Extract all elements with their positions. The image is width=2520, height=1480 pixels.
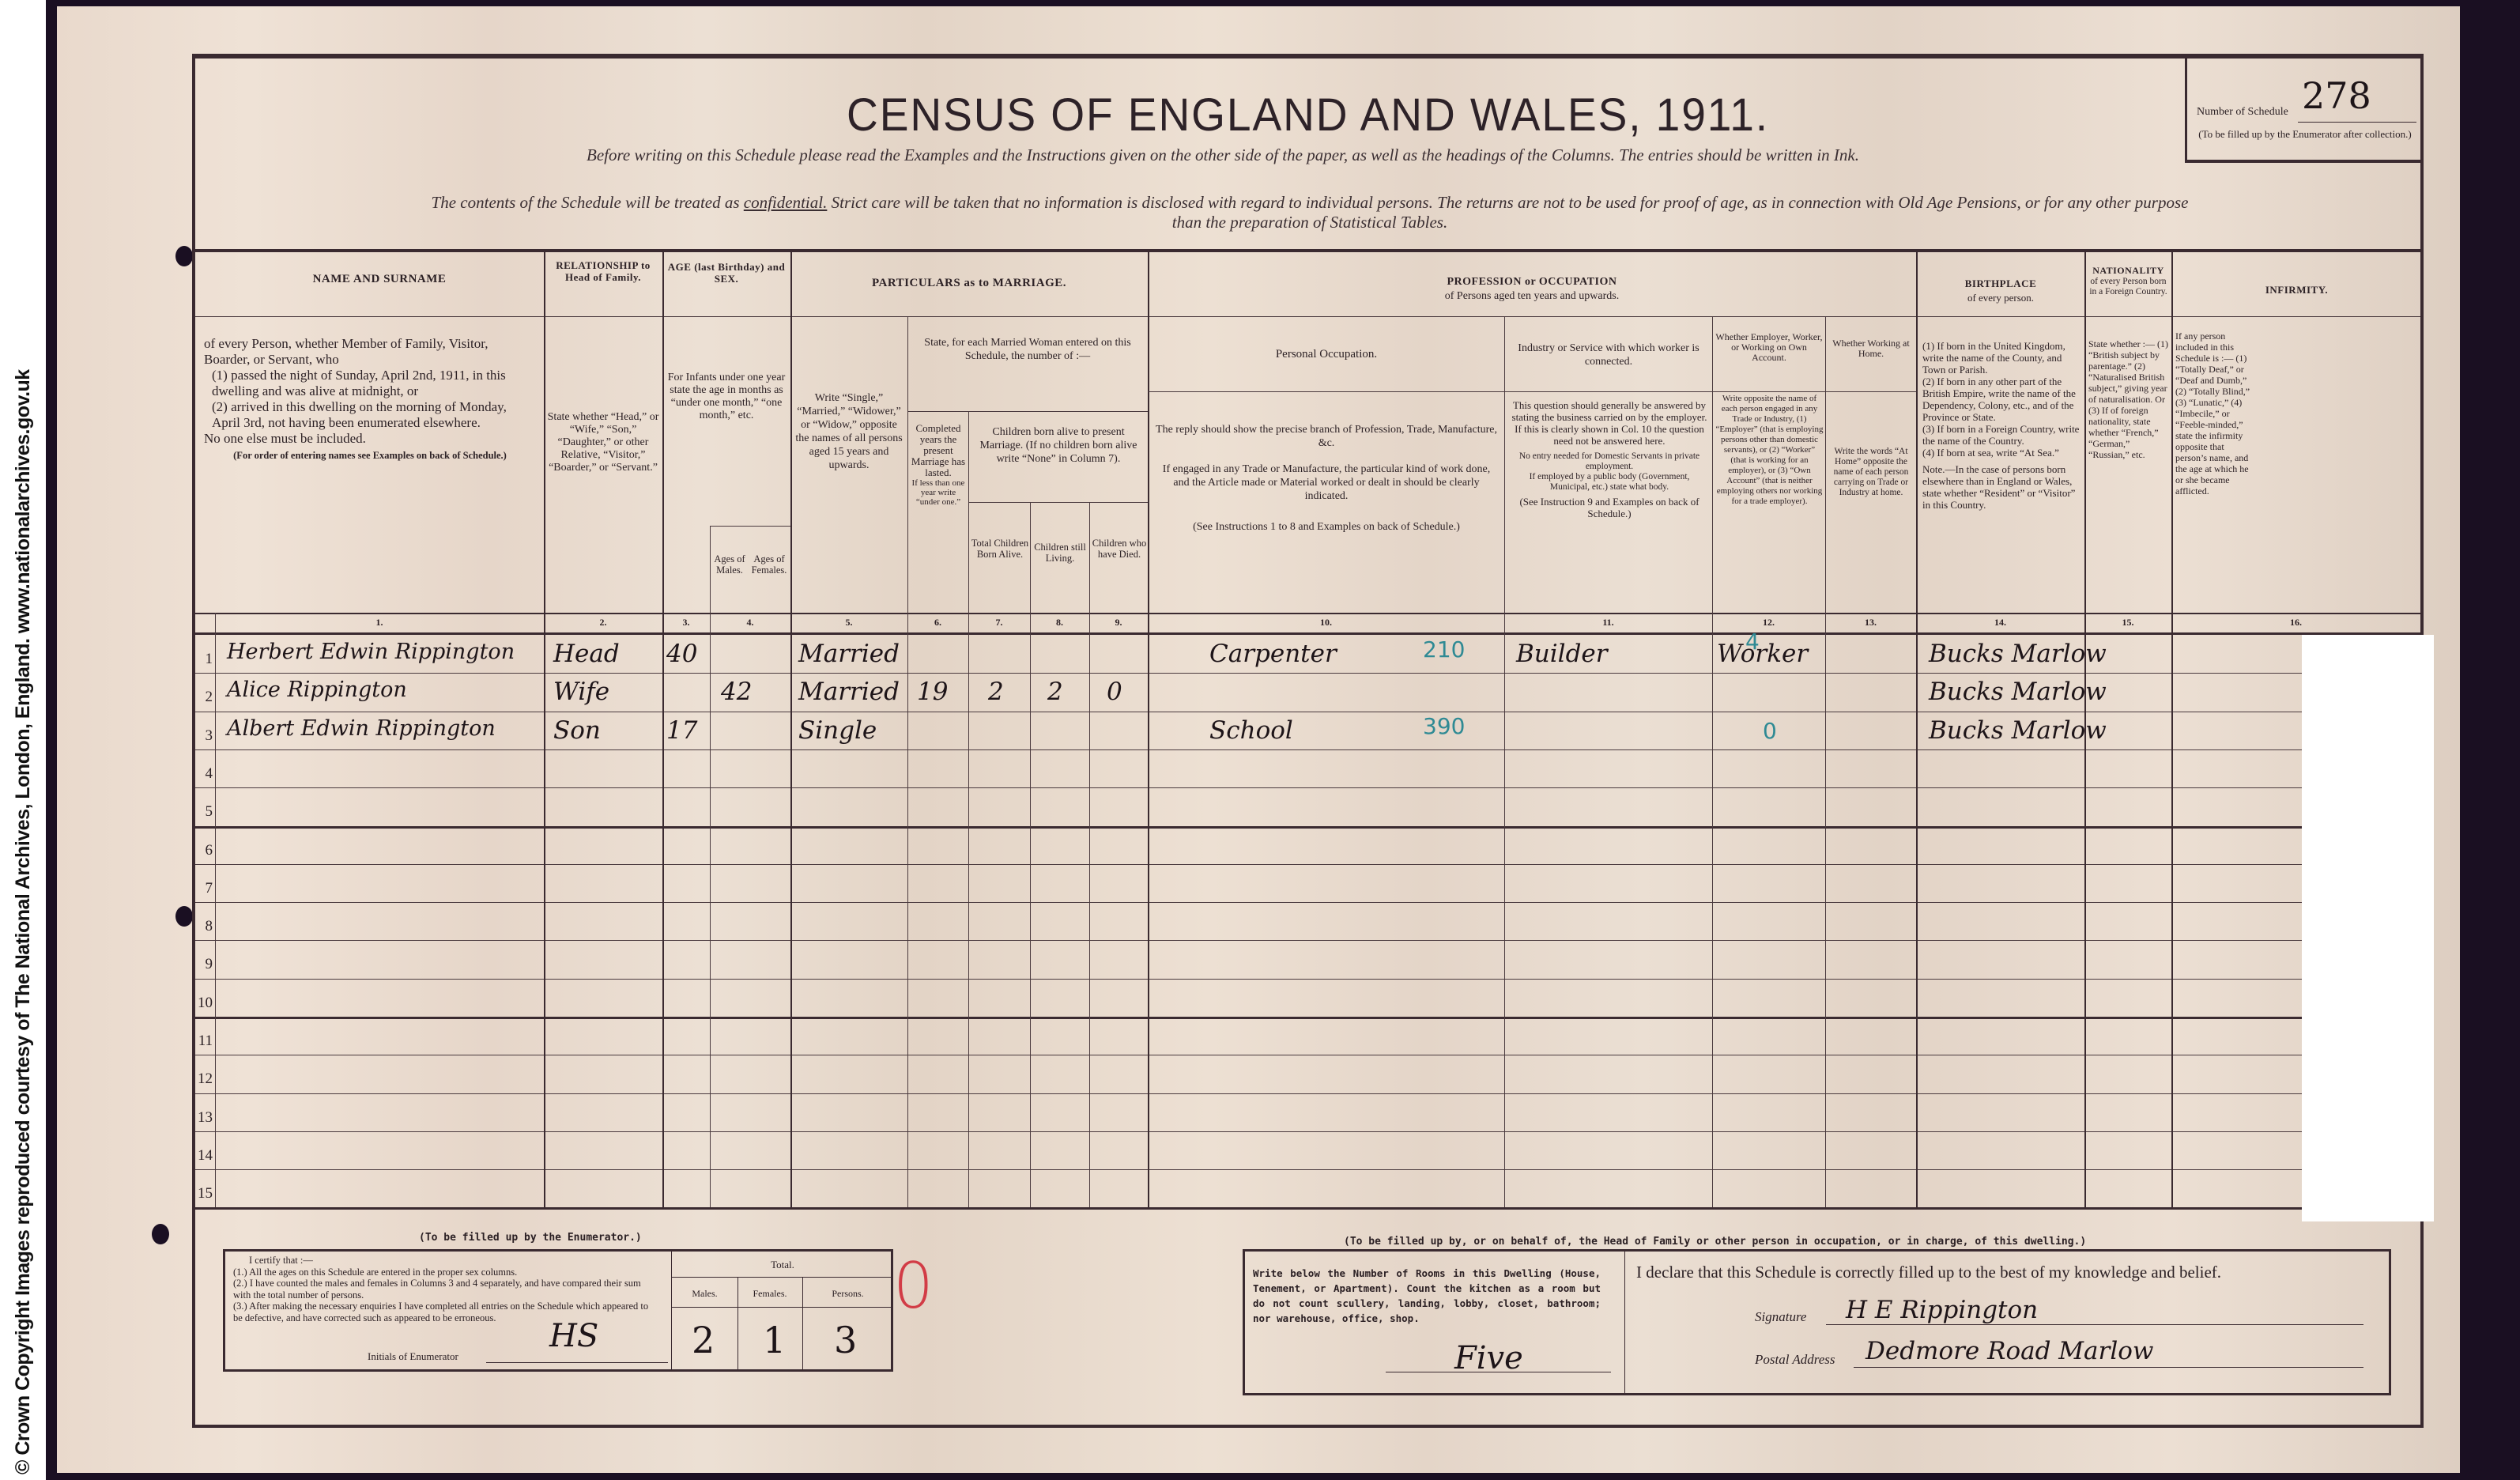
col-working-home-description: Write the words “At Home” opposite the n… (1828, 447, 1914, 498)
occupation-code: 210 (1423, 636, 1465, 663)
total-label: Total. (672, 1258, 893, 1271)
age-male: 40 (666, 640, 697, 668)
row-number: 3 (195, 727, 213, 745)
age-female: 42 (721, 678, 752, 706)
row-number: 8 (195, 918, 213, 935)
col-age-header: AGE (last Birthday) and SEX. (664, 261, 789, 285)
birthplace: Bucks Marlow (1929, 678, 2107, 706)
status-code: 0 (1763, 718, 1777, 744)
col-personal-occupation-description: The reply should show the precise branch… (1156, 423, 1497, 534)
row-number: 15 (195, 1185, 213, 1202)
col-years-married-description: Completed years the present Marriage has… (909, 423, 968, 507)
col-birthplace-subheader: of every person. (1918, 291, 2084, 304)
copyright-notice: © Crown Copyright Images reproduced cour… (11, 369, 35, 1474)
marital-status: Married (798, 640, 900, 668)
col-nationality-header: NATIONALITY (2086, 266, 2171, 276)
col-age-description: For Infants under one year state the age… (666, 372, 787, 422)
status-code: 4 (1745, 629, 1760, 655)
col-still-living-header: Children still Living. (1031, 542, 1089, 564)
males-label: Males. (672, 1287, 738, 1301)
row-number: 1 (195, 651, 213, 668)
total-males: 2 (692, 1319, 715, 1361)
signature: H E Rippington (1846, 1296, 2038, 1324)
col-industry-description: This question should generally be answer… (1510, 399, 1709, 519)
row-number: 12 (195, 1070, 213, 1088)
birthplace: Bucks Marlow (1929, 640, 2107, 668)
row-number: 4 (195, 765, 213, 783)
col-relationship-header: RELATIONSHIP to Head of Family. (545, 259, 661, 283)
col-ages-females-header: Ages of Females. (749, 553, 789, 576)
punch-hole (152, 1224, 169, 1244)
col-birthplace-description: (1) If born in the United Kingdom, write… (1922, 340, 2081, 511)
head-of-family-heading: (To be filled up by, or on behalf of, th… (1344, 1236, 2086, 1248)
personal-occupation: Carpenter (1209, 640, 1337, 668)
row-number: 9 (195, 956, 213, 973)
col-industry-header: Industry or Service with which worker is… (1507, 342, 1711, 368)
col-nationality-description: State whether :— (1) “British subject by… (2088, 338, 2169, 460)
relationship: Wife (553, 678, 609, 706)
marital-status: Single (798, 716, 877, 745)
col-working-home-header: Whether Working at Home. (1827, 338, 1915, 359)
schedule-number: 278 (2302, 74, 2371, 117)
declaration-text: I declare that this Schedule is correctl… (1636, 1266, 2221, 1279)
copyright-strip: © Crown Copyright Images reproduced cour… (0, 0, 46, 1480)
col-infirmity-header: INFIRMITY. (2173, 283, 2420, 296)
person-name: Herbert Edwin Rippington (227, 640, 515, 664)
red-pencil-mark: 0 (893, 1249, 934, 1323)
col-employer-header: Whether Employer, Worker, or Working on … (1714, 332, 1824, 363)
row-number: 11 (195, 1033, 213, 1050)
instruction-read-first: Before writing on this Schedule please r… (314, 145, 2132, 165)
row-number: 10 (195, 995, 213, 1012)
schedule-number-label: Number of Schedule (2197, 106, 2288, 119)
total-females: 1 (763, 1319, 786, 1361)
col-marriage-header: PARTICULARS as to MARRIAGE. (790, 277, 1148, 290)
enumerator-heading: (To be filled up by the Enumerator.) (419, 1232, 642, 1244)
schedule-number-box: Number of Schedule 278 (To be filled up … (2185, 59, 2420, 163)
marital-status: Married (798, 678, 900, 706)
row-number: 7 (195, 880, 213, 897)
col-birthplace-header: BIRTHPLACE (1918, 277, 2084, 290)
row-number: 14 (195, 1147, 213, 1165)
females-label: Females. (738, 1287, 802, 1301)
confidential-word: confidential. (744, 193, 828, 212)
col-infirmity-description: If any person included in this Schedule … (2175, 330, 2254, 496)
col-have-died-header: Children who have Died. (1091, 538, 1148, 560)
children-born-alive: 2 (988, 678, 1004, 706)
col-name-description: of every Person, whether Member of Famil… (204, 336, 536, 461)
punch-hole (175, 246, 193, 266)
punch-hole (175, 906, 193, 927)
occupation-code: 390 (1423, 713, 1465, 739)
redacted-infirmity-column (2302, 635, 2434, 1221)
enumerator-certificate-text: I certify that :— (1.) All the ages on t… (233, 1255, 660, 1323)
married-woman-note: State, for each Married Woman entered on… (909, 336, 1146, 363)
col-personal-occupation-header: Personal Occupation. (1150, 348, 1503, 361)
row-number: 5 (195, 803, 213, 821)
personal-occupation: School (1209, 716, 1293, 745)
row-number: 6 (195, 842, 213, 859)
instruction-confidential: The contents of the Schedule will be tre… (219, 193, 2401, 232)
total-persons: 3 (834, 1319, 857, 1361)
col-marriage-status-description: Write “Single,” “Married,” “Widower,” or… (793, 391, 905, 472)
col-total-born-header: Total Children Born Alive. (970, 538, 1030, 560)
schedule-number-note: (To be filled up by the Enumerator after… (2192, 128, 2418, 140)
initials-label: Initials of Enumerator (368, 1350, 458, 1363)
children-living: 2 (1047, 678, 1063, 706)
head-of-family-box: Write below the Number of Rooms in this … (1243, 1249, 2391, 1395)
col-occupation-header: PROFESSION or OCCUPATION (1148, 275, 1916, 289)
employer-status: Worker (1717, 640, 1808, 668)
children-born-note: Children born alive to present Marriage.… (971, 425, 1146, 466)
enumerator-certificate-box: I certify that :— (1.) All the ages on t… (223, 1249, 893, 1372)
relationship: Head (553, 640, 620, 668)
row-number: 2 (195, 689, 213, 706)
col-relationship-description: State whether “Head,” or “Wife,” “Son,” … (547, 411, 659, 474)
age-male: 17 (666, 716, 697, 745)
page-title: CENSUS OF ENGLAND AND WALES, 1911. (251, 89, 2364, 142)
rooms-instructions: Write below the Number of Rooms in this … (1253, 1266, 1601, 1326)
col-name-header: NAME AND SURNAME (215, 273, 544, 286)
relationship: Son (553, 716, 601, 745)
enumerator-initials: HS (549, 1318, 598, 1354)
person-name: Albert Edwin Rippington (227, 716, 496, 741)
industry: Builder (1516, 640, 1608, 668)
years-married: 19 (917, 678, 948, 706)
person-name: Alice Rippington (227, 678, 407, 702)
birthplace: Bucks Marlow (1929, 716, 2107, 745)
signature-label: Signature (1755, 1310, 1806, 1323)
col-nationality-subheader: of every Person born in a Foreign Countr… (2086, 277, 2171, 297)
row-number: 13 (195, 1109, 213, 1127)
col-employer-description: Write opposite the name of each person e… (1715, 394, 1824, 507)
col-occupation-subheader: of Persons aged ten years and upwards. (1148, 289, 1916, 303)
postal-address-label: Postal Address (1755, 1353, 1835, 1366)
persons-label: Persons. (802, 1287, 893, 1301)
postal-address: Dedmore Road Marlow (1865, 1337, 2153, 1365)
children-died: 0 (1107, 678, 1122, 706)
number-of-rooms: Five (1454, 1340, 1523, 1376)
col-ages-males-header: Ages of Males. (710, 553, 749, 576)
